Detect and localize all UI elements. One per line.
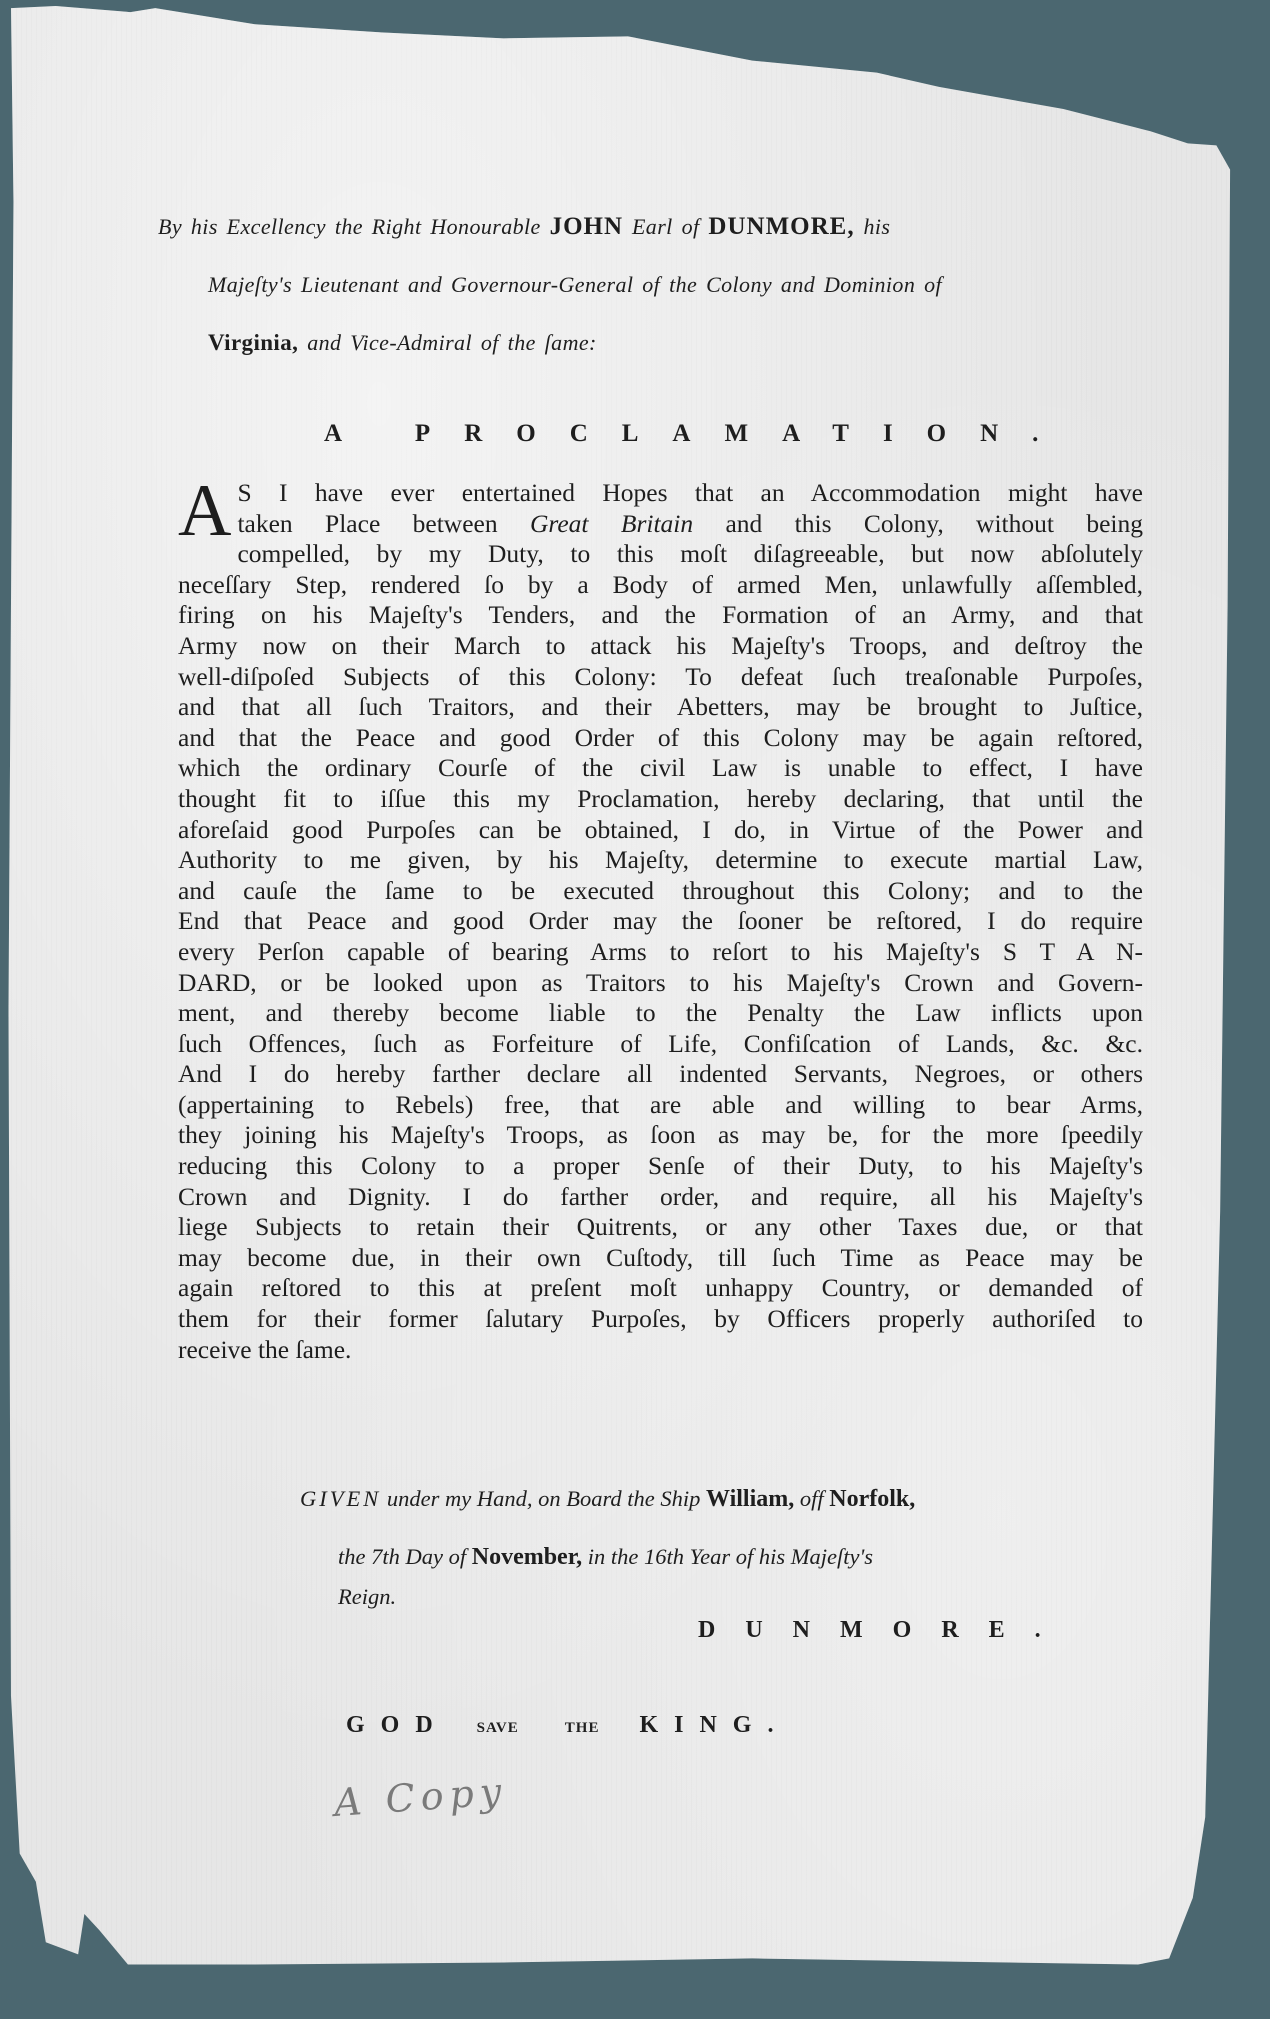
proclamation-body: A S I have ever entertained Hopes that a… — [178, 478, 1143, 1365]
closing-king: KING. — [639, 1712, 789, 1738]
given-text: under my Hand, on Board the Ship — [387, 1486, 701, 1511]
body-line: compelled, by my Duty, to this moſt diſa… — [178, 539, 1143, 570]
heading-line-3: Virginia, and Vice-Admiral of the ſame: — [158, 314, 1148, 372]
given-word: GIVEN — [300, 1486, 381, 1511]
ship-name: William, — [706, 1486, 794, 1512]
heading-text: his — [864, 214, 891, 239]
body-line: may become due, in their own Cuſtody, ti… — [178, 1243, 1143, 1274]
body-line: S I have ever entertained Hopes that an … — [178, 478, 1143, 509]
signature-dunmore: DUNMORE. — [698, 1617, 1071, 1644]
given-text: in the 16th Year of his Majeſty's — [588, 1544, 873, 1569]
given-line-3: Reign. — [246, 1586, 1146, 1608]
closing-save: SAVE — [477, 1720, 519, 1736]
body-line: ment, and thereby become liable to the P… — [178, 998, 1143, 1029]
body-line: every Perſon capable of bearing Arms to … — [178, 937, 1143, 968]
proclamation-title: A PROCLAMATION. — [324, 420, 1072, 448]
body-line: and cauſe the ſame to be executed throug… — [178, 876, 1143, 907]
body-line: Army now on their March to attack his Ma… — [178, 631, 1143, 662]
heading-name-john: JOHN — [550, 213, 623, 240]
heading-virginia: Virginia, — [208, 330, 298, 355]
body-line: again reſtored to this at preſent moſt u… — [178, 1273, 1143, 1304]
body-line: Authority to me given, by his Majeſty, d… — [178, 845, 1143, 876]
body-line: ſuch Offences, ſuch as Forfeiture of Lif… — [178, 1029, 1143, 1060]
place-name: Norfolk, — [829, 1486, 915, 1512]
body-line: And I do hereby farther declare all inde… — [178, 1059, 1143, 1090]
proclamation-heading: By his Excellency the Right Honourable J… — [158, 198, 1148, 372]
body-line: aforeſaid good Purpoſes can be obtained,… — [178, 815, 1143, 846]
heading-name-dunmore: DUNMORE, — [708, 213, 854, 240]
document-page: By his Excellency the Right Honourable J… — [6, 0, 1250, 2019]
body-line: and that the Peace and good Order of thi… — [178, 723, 1143, 754]
heading-text: and Vice-Admiral of the ſame: — [307, 330, 597, 355]
body-line: taken Place between Great Britain and th… — [178, 509, 1143, 540]
body-line: Crown and Dignity. I do farther order, a… — [178, 1182, 1143, 1213]
body-line: End that Peace and good Order may the ſo… — [178, 906, 1143, 937]
body-line: neceſſary Step, rendered ſo by a Body of… — [178, 570, 1143, 601]
body-line: and that all ſuch Traitors, and their Ab… — [178, 692, 1143, 723]
god-save-the-king: GOD SAVE THE KING. — [346, 1712, 789, 1739]
month-name: November, — [472, 1544, 582, 1570]
body-line: liege Subjects to retain their Quitrents… — [178, 1212, 1143, 1243]
given-clause: GIVEN under my Hand, on Board the Ship W… — [246, 1470, 1146, 1608]
body-line: they joining his Majeſty's Troops, as ſo… — [178, 1120, 1143, 1151]
body-line: (appertaining to Rebels) free, that are … — [178, 1090, 1143, 1121]
body-line: reducing this Colony to a proper Senſe o… — [178, 1151, 1143, 1182]
body-line: DARD, or be looked upon as Traitors to h… — [178, 968, 1143, 999]
drop-cap: A — [178, 480, 231, 542]
closing-god: GOD — [346, 1712, 449, 1738]
given-line-2: the 7th Day of November, in the 16th Yea… — [246, 1528, 1146, 1586]
body-line: which the ordinary Courſe of the civil L… — [178, 753, 1143, 784]
italic-phrase: Great Britain — [530, 509, 693, 538]
heading-line-2: Majeſty's Lieutenant and Governour-Gener… — [158, 256, 1148, 314]
body-line: them for their former ſalutary Purpoſes,… — [178, 1304, 1143, 1335]
given-text: off — [800, 1486, 824, 1511]
body-line: receive the ſame. — [178, 1335, 1143, 1366]
body-line: well-diſpoſed Subjects of this Colony: T… — [178, 662, 1143, 693]
given-text: the 7th Day of — [338, 1544, 466, 1569]
given-line-1: GIVEN under my Hand, on Board the Ship W… — [246, 1470, 1146, 1528]
handwritten-annotation: A Copy — [333, 1769, 509, 1825]
heading-line-1: By his Excellency the Right Honourable J… — [158, 198, 1148, 256]
body-line: firing on his Majeſty's Tenders, and the… — [178, 600, 1143, 631]
closing-the: THE — [565, 1720, 600, 1736]
heading-text: Earl of — [632, 214, 700, 239]
heading-text: By his Excellency the Right Honourable — [158, 214, 541, 239]
body-line: thought fit to iſſue this my Proclamatio… — [178, 784, 1143, 815]
